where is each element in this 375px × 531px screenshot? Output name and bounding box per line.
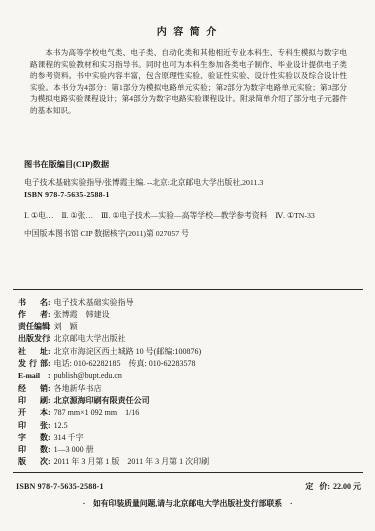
colon: : [48,383,51,395]
cip-record-number: 中国版本图书馆 CIP 数据核字(2011)第 027057 号 [24,228,355,239]
colophon-label: 发行部 [18,358,48,370]
colophon-row-author: 作者:张博霞 韩建设 [18,309,361,321]
colophon-label: 书名 [18,297,48,309]
colophon-label: 出版发行 [18,333,48,345]
cip-isbn: ISBN 978-7-5635-2588-1 [24,189,355,200]
cip-classification: Ⅰ. ①电… Ⅱ. ①张… Ⅲ. ①电子技术—实验—高等学校—教学参考资料 Ⅳ.… [24,210,355,221]
colophon-row-printrun: 印数:1—3 000 册 [18,444,361,456]
colon: : [48,358,51,370]
colophon-value: 北京源海印刷有限责任公司 [54,395,150,407]
colon: : [48,407,51,419]
colophon-value: 12.5 [54,420,68,432]
summary-heading: 内 容 简 介 [0,0,375,38]
colophon-row-sheets: 印张:12.5 [18,420,361,432]
cip-block: 图书在版编目(CIP)数据 电子技术基础实验指导/张博霞主编. --北京:北京邮… [24,159,355,239]
colophon-row-email: E-mail:publish@bupt.edu.cn [18,370,361,382]
colophon-label: 印数 [18,444,48,456]
price-value: 22.00 元 [333,481,361,492]
divider-top [13,289,363,290]
colophon-value: 314 千字 [54,432,84,444]
divider-bottom [13,472,363,473]
colon: : [48,309,51,321]
colophon-label: E-mail [18,370,48,382]
colon: : [48,432,51,444]
colophon-row-edition: 版次:2011 年 3 月第 1 版 2011 年 3 月第 1 次印刷 [18,456,361,468]
colon: : [48,395,51,407]
cip-heading: 图书在版编目(CIP)数据 [24,159,355,170]
summary-paragraph: 本书为高等学校电气类、电子类、自动化类和其他相近专业本科生、专科生模拟与数字电路… [30,47,347,117]
colon: : [48,456,51,468]
colophon-label: 印张 [18,420,48,432]
colon: : [48,370,51,382]
colophon-value: 787 mm×1 092 mm 1/16 [54,407,140,419]
colophon-value: 1—3 000 册 [54,444,94,456]
colophon-row-wordcount: 字数:314 千字 [18,432,361,444]
colon: : [327,482,330,491]
footer-line: ISBN 978-7-5635-2588-1 定价:22.00 元 [16,481,361,492]
colophon-row-address: 社址:北京市海淀区西土城路 10 号(邮编:100876) [18,346,361,358]
colophon-row-format: 开本:787 mm×1 092 mm 1/16 [18,407,361,419]
colophon-value: 电话: 010-62282185 传真: 010-62283578 [54,358,196,370]
colon: : [48,346,51,358]
colophon-value: 2011 年 3 月第 1 版 2011 年 3 月第 1 次印刷 [54,456,209,468]
colophon-value: 电子技术基础实验指导 [54,297,134,309]
colophon-label: 经销 [18,383,48,395]
colophon-value: publish@bupt.edu.cn [54,370,122,382]
footer-isbn: ISBN 978-7-5635-2588-1 [16,482,104,491]
colophon-label: 字数 [18,432,48,444]
colon: : [48,420,51,432]
price-label: 定价 [305,481,327,492]
colophon-row-editor: 责任编辑:刘 颖 [18,321,361,333]
colophon-label: 社址 [18,346,48,358]
colophon-value: 北京邮电大学出版社 [54,333,126,345]
cip-title-line: 电子技术基础实验指导/张博霞主编. --北京:北京邮电大学出版社,2011.3 [24,177,355,188]
colophon-label: 责任编辑 [18,321,48,333]
colophon-row-title: 书名:电子技术基础实验指导 [18,297,361,309]
quality-notice: · 如有印装质量问题,请与北京邮电大学出版社发行部联系 · [0,498,375,509]
price: 定价:22.00 元 [305,481,361,492]
colophon-row-distribution: 发行部:电话: 010-62282185 传真: 010-62283578 [18,358,361,370]
colophon-row-seller: 经销:各地新华书店 [18,383,361,395]
colon: : [48,321,51,333]
colophon-value: 北京市海淀区西土城路 10 号(邮编:100876) [54,346,202,358]
colon: : [48,333,51,345]
colophon-label: 作者 [18,309,48,321]
book-copyright-page: 内 容 简 介 本书为高等学校电气类、电子类、自动化类和其他相近专业本科生、专科… [0,0,375,531]
colophon-label: 印刷 [18,395,48,407]
colophon-label: 开本 [18,407,48,419]
colophon-label: 版次 [18,456,48,468]
colophon-row-printer: 印刷:北京源海印刷有限责任公司 [18,395,361,407]
colophon-row-publisher: 出版发行:北京邮电大学出版社 [18,333,361,345]
colophon-value: 刘 颖 [54,321,78,333]
colophon-value: 张博霞 韩建设 [54,309,110,321]
colophon-block: 书名:电子技术基础实验指导 作者:张博霞 韩建设 责任编辑:刘 颖 出版发行:北… [18,297,361,469]
colon: : [48,444,51,456]
colophon-value: 各地新华书店 [54,383,102,395]
colon: : [48,297,51,309]
